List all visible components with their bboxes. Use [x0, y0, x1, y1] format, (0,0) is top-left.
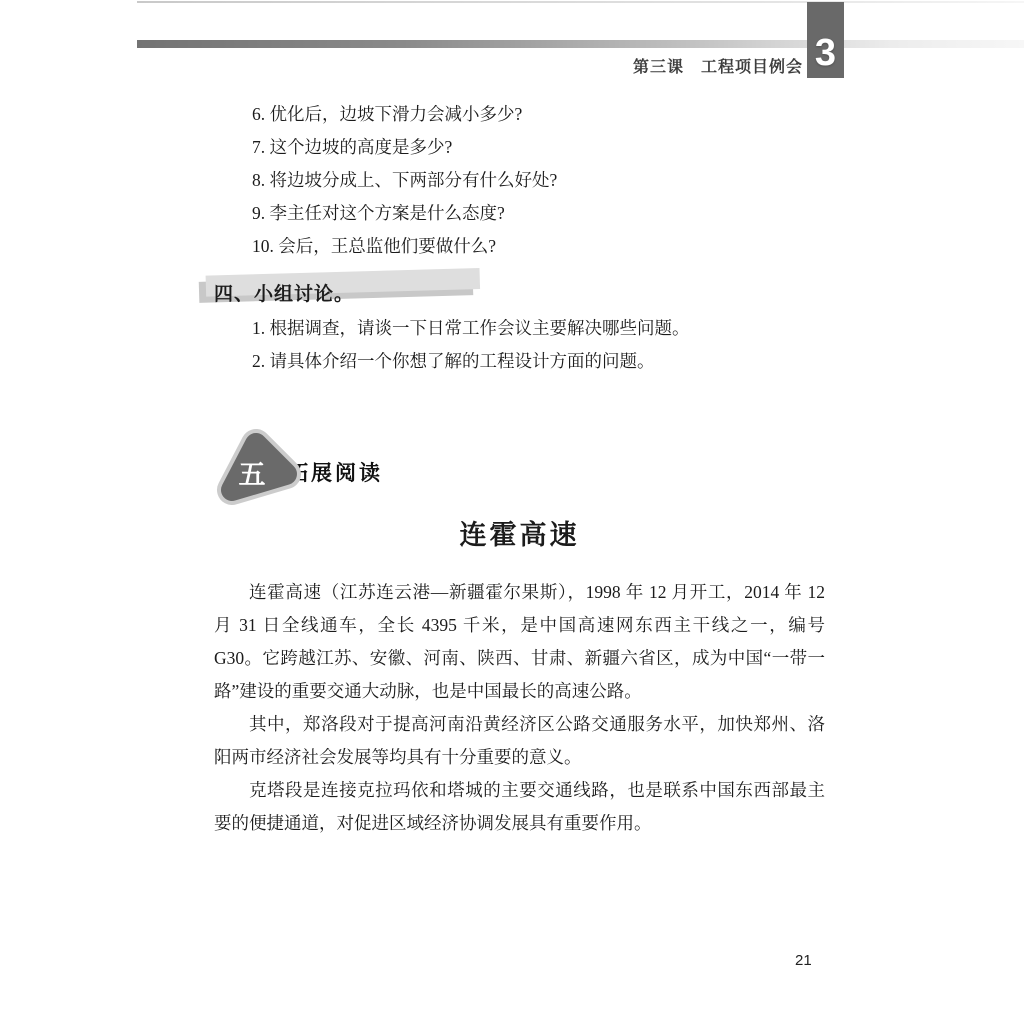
article-paragraph: 其中，郑洛段对于提高河南沿黄经济区公路交通服务水平，加快郑州、洛阳两市经济社会发…: [214, 708, 825, 774]
page-number: 21: [795, 952, 812, 969]
question-list: 6. 优化后，边坡下滑力会减小多少? 7. 这个边坡的高度是多少? 8. 将边坡…: [252, 98, 812, 263]
textbook-page: 3 第三课 工程项目例会 6. 优化后，边坡下滑力会减小多少? 7. 这个边坡的…: [0, 0, 1024, 1024]
header-gradient-bar: [137, 40, 1024, 48]
discussion-item: 1. 根据调查，请谈一下日常工作会议主要解决哪些问题。: [252, 312, 812, 345]
running-head-title: 第三课 工程项目例会: [633, 54, 803, 77]
section-four-heading: 四、小组讨论。: [214, 279, 354, 306]
badge-label: 五: [239, 460, 266, 490]
section-four-items: 1. 根据调查，请谈一下日常工作会议主要解决哪些问题。 2. 请具体介绍一个你想…: [252, 312, 812, 378]
top-hairline: [137, 1, 1024, 3]
article-body: 连霍高速（江苏连云港—新疆霍尔果斯），1998 年 12 月开工，2014 年 …: [214, 576, 825, 840]
chapter-tab: 3: [807, 2, 844, 78]
question-item: 9. 李主任对这个方案是什么态度?: [252, 197, 812, 230]
question-item: 7. 这个边坡的高度是多少?: [252, 131, 812, 164]
article-paragraph: 连霍高速（江苏连云港—新疆霍尔果斯），1998 年 12 月开工，2014 年 …: [214, 576, 825, 708]
question-item: 6. 优化后，边坡下滑力会减小多少?: [252, 98, 812, 131]
article-paragraph: 克塔段是连接克拉玛依和塔城的主要交通线路，也是联系中国东西部最主要的便捷通道，对…: [214, 774, 825, 840]
question-item: 10. 会后，王总监他们要做什么?: [252, 230, 812, 263]
chapter-number: 3: [815, 34, 836, 78]
section-five-badge: 五: [214, 428, 314, 520]
question-item: 8. 将边坡分成上、下两部分有什么好处?: [252, 164, 812, 197]
discussion-item: 2. 请具体介绍一个你想了解的工程设计方面的问题。: [252, 345, 812, 378]
